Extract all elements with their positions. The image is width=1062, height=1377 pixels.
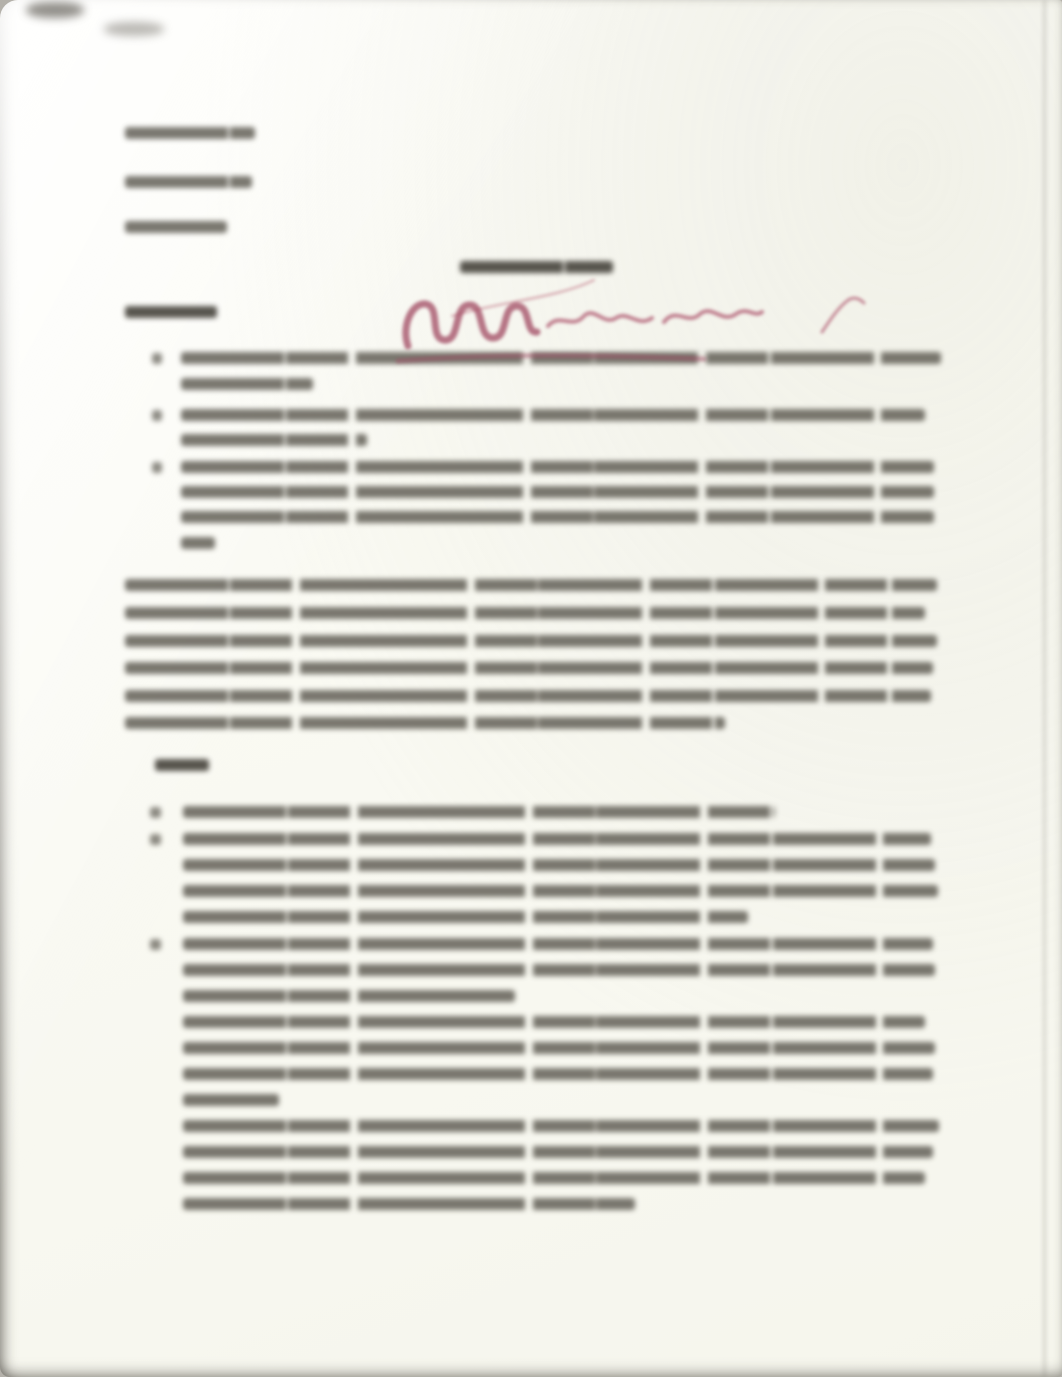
red-strike-on-line1: [398, 356, 704, 362]
scanned-document-photo: [0, 0, 1062, 1377]
red-pen-annotation-overlay: [0, 0, 1062, 1377]
red-check-mark: [822, 298, 864, 332]
red-script-word-2: [548, 313, 652, 326]
red-script-word-3: [664, 311, 762, 322]
